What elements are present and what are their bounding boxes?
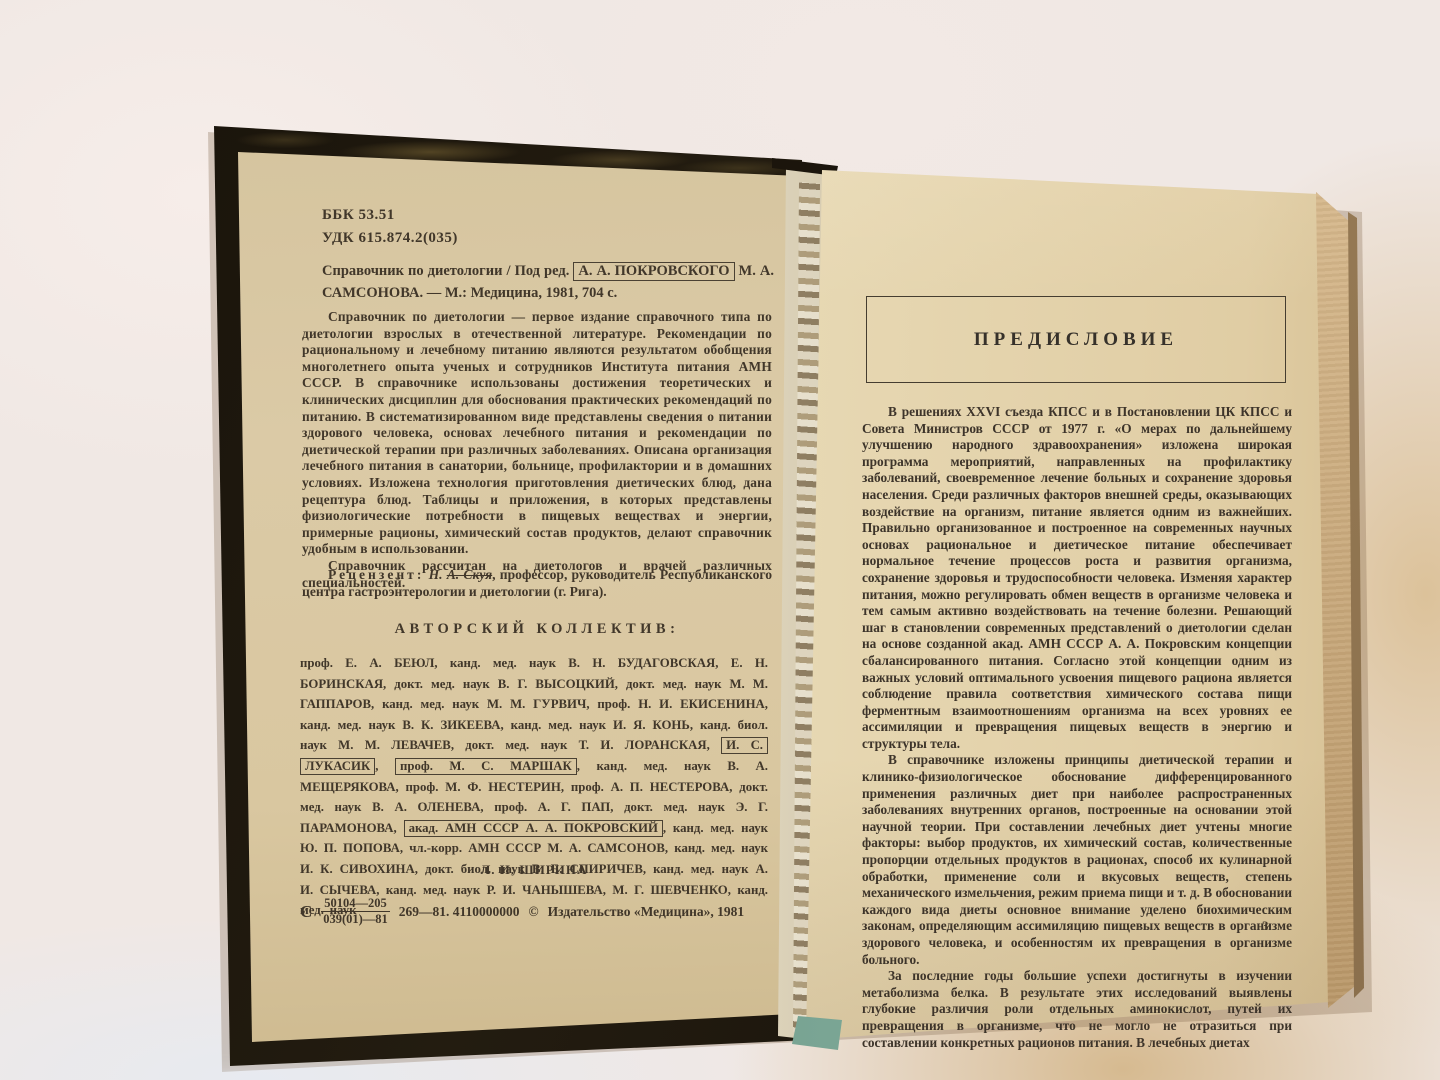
- boxed-name: акад. АМН СССР А. А. ПОКРОВСКИЙ: [404, 820, 663, 837]
- book-photo-scene: ББК 53.51 УДК 615.874.2(035) Справочник …: [0, 0, 1440, 1080]
- preface-title: ПРЕДИСЛОВИЕ: [974, 329, 1178, 351]
- boxed-name: проф. М. С. МАРШАК: [395, 758, 577, 775]
- udk-code: УДК 615.874.2(035): [322, 227, 458, 250]
- text-segment: А. Скуя: [447, 567, 492, 582]
- imprint-fraction: 50104—205 039(01)—81: [321, 896, 390, 927]
- bibliographic-title: Справочник по диетологии / Под ред. А. А…: [322, 260, 774, 304]
- reviewer-paragraph: Рецензент: Н. А. Скуя, профессор, руково…: [302, 566, 772, 600]
- classification-codes: ББК 53.51 УДК 615.874.2(035): [322, 204, 458, 250]
- text-segment: Н.: [429, 567, 447, 582]
- preface-title-box: ПРЕДИСЛОВИЕ: [866, 296, 1286, 383]
- authors-last-name: Л. И. ШИРИНА: [300, 862, 768, 878]
- text-segment: / Под ред.: [502, 263, 573, 279]
- text-segment: Справочник по диетологии: [322, 263, 502, 279]
- bbk-code: ББК 53.51: [322, 204, 458, 227]
- boxed-name: А. А. ПОКРОВСКОГО: [573, 262, 734, 281]
- preface-paragraph: За последние годы большие успехи достигн…: [862, 968, 1292, 1051]
- imprint-series-letter: С: [300, 902, 312, 922]
- text-segment: Рецензент:: [328, 567, 424, 582]
- page-number: 3: [1262, 918, 1269, 934]
- annotation-paragraph: Справочник по диетологии — первое издани…: [302, 309, 772, 558]
- preface-body: В решениях XXVI съезда КПСС и в Постанов…: [862, 404, 1292, 1051]
- imprint-fraction-numerator: 50104—205: [321, 896, 390, 912]
- reviewer-line: Рецензент: Н. А. Скуя, профессор, руково…: [302, 566, 772, 600]
- imprint-fraction-denominator: 039(01)—81: [321, 912, 390, 927]
- text-segment: ,: [375, 759, 395, 773]
- annotation-block: Справочник по диетологии — первое издани…: [302, 309, 772, 591]
- authors-list: проф. Е. А. БЕЮЛ, канд. мед. наук В. Н. …: [300, 653, 768, 921]
- publisher-credit: Издательство «Медицина», 1981: [548, 904, 745, 920]
- preface-paragraph: В решениях XXVI съезда КПСС и в Постанов…: [862, 404, 1292, 752]
- copyright-symbol: ©: [529, 904, 539, 920]
- imprint-line: С 50104—205 039(01)—81 269—81. 411000000…: [300, 896, 780, 927]
- imprint-code: 269—81. 4110000000: [399, 904, 520, 920]
- authors-heading: АВТОРСКИЙ КОЛЛЕКТИВ:: [302, 621, 772, 638]
- preface-paragraph: В справочнике изложены принципы диетичес…: [862, 752, 1292, 968]
- text-segment: проф. Е. А. БЕЮЛ, канд. мед. наук В. Н. …: [300, 656, 768, 752]
